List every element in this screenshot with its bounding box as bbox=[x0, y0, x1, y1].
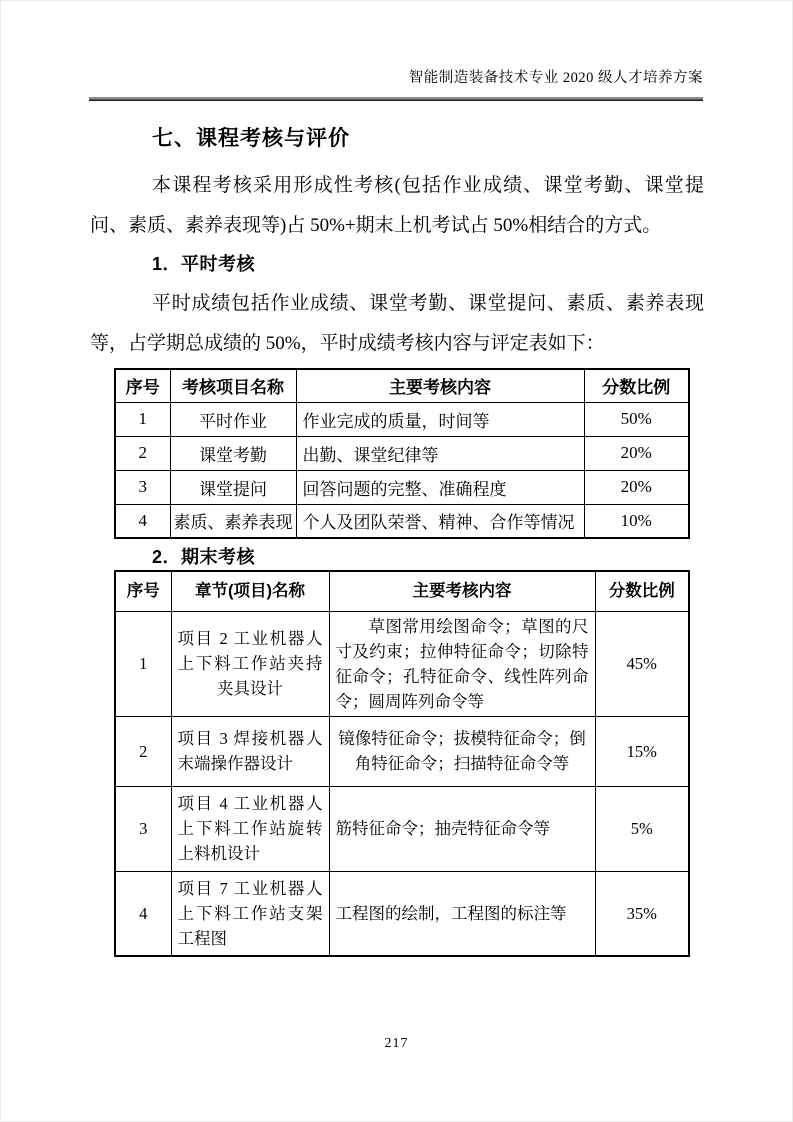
content-cell: 工程图的绘制，工程图的标注等 bbox=[329, 871, 595, 956]
column-header: 分数比例 bbox=[595, 571, 689, 611]
item-name-cell: 平时作业 bbox=[170, 402, 296, 436]
content-cell: 个人及团队荣誉、精神、合作等情况 bbox=[296, 504, 584, 538]
seq-cell: 2 bbox=[115, 436, 170, 470]
column-header: 序号 bbox=[115, 571, 171, 611]
daily-assessment-table: 序号 考核项目名称 主要考核内容 分数比例 1 平时作业 作业完成的质量，时间等… bbox=[114, 368, 690, 539]
table-row: 4 素质、素养表现 个人及团队荣誉、精神、合作等情况 10% bbox=[115, 504, 689, 538]
table-row: 2 项目 3 焊接机器人末端操作器设计 镜像特征命令；拔模特征命令；倒角特征命令… bbox=[115, 716, 689, 786]
score-cell: 45% bbox=[595, 611, 689, 716]
project-name-cell: 项目 2 工业机器人上下料工作站夹持夹具设计 bbox=[171, 611, 329, 716]
project-name-cell: 项目 7 工业机器人上下料工作站支架工程图 bbox=[171, 871, 329, 956]
table-header-row: 序号 章节(项目)名称 主要考核内容 分数比例 bbox=[115, 571, 689, 611]
table-row: 2 课堂考勤 出勤、课堂纪律等 20% bbox=[115, 436, 689, 470]
project-name-cell: 项目 4 工业机器人上下料工作站旋转上料机设计 bbox=[171, 786, 329, 871]
page-number: 217 bbox=[0, 1036, 793, 1052]
table-header-row: 序号 考核项目名称 主要考核内容 分数比例 bbox=[115, 369, 689, 402]
column-header: 主要考核内容 bbox=[329, 571, 595, 611]
content-cell: 回答问题的完整、准确程度 bbox=[296, 470, 584, 504]
seq-cell: 1 bbox=[115, 402, 170, 436]
header-divider bbox=[89, 97, 703, 101]
content-cell: 出勤、课堂纪律等 bbox=[296, 436, 584, 470]
column-header: 主要考核内容 bbox=[296, 369, 584, 402]
daily-assessment-intro-paragraph: 平时成绩包括作业成绩、课堂考勤、课堂提问、素质、素养表现等，占学期总成绩的 50… bbox=[90, 284, 704, 364]
seq-cell: 4 bbox=[115, 871, 171, 956]
daily-assessment-heading: 1．平时考核 bbox=[152, 250, 255, 276]
table-row: 4 项目 7 工业机器人上下料工作站支架工程图 工程图的绘制，工程图的标注等 3… bbox=[115, 871, 689, 956]
section-heading: 七、课程考核与评价 bbox=[152, 122, 350, 152]
seq-cell: 1 bbox=[115, 611, 171, 716]
content-cell: 镜像特征命令；拔模特征命令；倒角特征命令；扫描特征命令等 bbox=[329, 716, 595, 786]
final-assessment-table: 序号 章节(项目)名称 主要考核内容 分数比例 1 项目 2 工业机器人上下料工… bbox=[114, 570, 690, 957]
item-name-cell: 素质、素养表现 bbox=[170, 504, 296, 538]
table-row: 3 课堂提问 回答问题的完整、准确程度 20% bbox=[115, 470, 689, 504]
seq-cell: 4 bbox=[115, 504, 170, 538]
item-name-cell: 课堂提问 bbox=[170, 470, 296, 504]
table-row: 3 项目 4 工业机器人上下料工作站旋转上料机设计 筋特征命令；抽壳特征命令等 … bbox=[115, 786, 689, 871]
score-cell: 5% bbox=[595, 786, 689, 871]
item-name-cell: 课堂考勤 bbox=[170, 436, 296, 470]
column-header: 分数比例 bbox=[584, 369, 689, 402]
seq-cell: 2 bbox=[115, 716, 171, 786]
content-cell: 作业完成的质量，时间等 bbox=[296, 402, 584, 436]
table-row: 1 平时作业 作业完成的质量，时间等 50% bbox=[115, 402, 689, 436]
content-cell: 筋特征命令；抽壳特征命令等 bbox=[329, 786, 595, 871]
table-row: 1 项目 2 工业机器人上下料工作站夹持夹具设计 草图常用绘图命令；草图的尺寸及… bbox=[115, 611, 689, 716]
score-cell: 35% bbox=[595, 871, 689, 956]
column-header: 序号 bbox=[115, 369, 170, 402]
project-name-cell: 项目 3 焊接机器人末端操作器设计 bbox=[171, 716, 329, 786]
column-header: 章节(项目)名称 bbox=[171, 571, 329, 611]
score-cell: 10% bbox=[584, 504, 689, 538]
document-page: 智能制造装备技术专业 2020 级人才培养方案 七、课程考核与评价 本课程考核采… bbox=[0, 0, 793, 1122]
section-intro-paragraph: 本课程考核采用形成性考核(包括作业成绩、课堂考勤、课堂提问、素质、素养表现等)占… bbox=[90, 166, 704, 246]
column-header: 考核项目名称 bbox=[170, 369, 296, 402]
running-header: 智能制造装备技术专业 2020 级人才培养方案 bbox=[409, 66, 703, 87]
score-cell: 50% bbox=[584, 402, 689, 436]
score-cell: 15% bbox=[595, 716, 689, 786]
seq-cell: 3 bbox=[115, 786, 171, 871]
seq-cell: 3 bbox=[115, 470, 170, 504]
final-assessment-heading: 2．期末考核 bbox=[152, 543, 255, 569]
content-cell: 草图常用绘图命令；草图的尺寸及约束；拉伸特征命令；切除特征命令；孔特征命令、线性… bbox=[329, 611, 595, 716]
score-cell: 20% bbox=[584, 436, 689, 470]
score-cell: 20% bbox=[584, 470, 689, 504]
